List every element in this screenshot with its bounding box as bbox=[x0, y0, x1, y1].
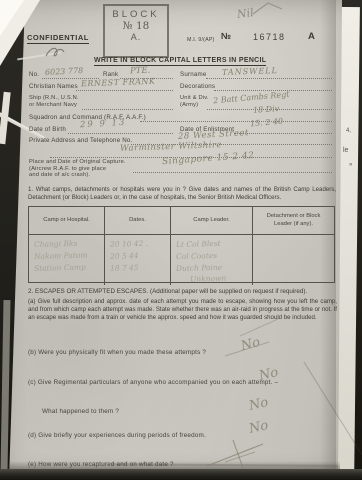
question-2c-followup-text: What happened to them ? bbox=[42, 408, 119, 415]
photo-bottom-edge bbox=[0, 469, 362, 480]
camps-table-col-detachment bbox=[253, 235, 334, 285]
form-reference: M.I. 9/(AP) bbox=[187, 37, 215, 43]
question-2d-text: (d) Give briefly your experiences during… bbox=[28, 432, 206, 439]
confidential-marking: CONFIDENTIAL bbox=[27, 33, 89, 44]
block-stamp-number: № 18 bbox=[105, 20, 167, 32]
block-stamp-letter: A. bbox=[105, 32, 167, 42]
pencil-tick-mark bbox=[252, 0, 286, 16]
field-address-label: Private Address and Telephone No. bbox=[29, 137, 133, 144]
camps-table-col-camp: Changi Bks Nakom Patom Station Camp bbox=[29, 235, 105, 285]
question-1-text: 1. What camps, detachments or hospitals … bbox=[28, 186, 336, 202]
serial-suffix: A bbox=[308, 31, 315, 42]
block-stamp-word: BLOCK bbox=[105, 9, 167, 20]
answer-2e-pencil-scribble bbox=[205, 438, 269, 470]
field-christian-label: Christian Names bbox=[29, 83, 78, 90]
field-rank-label: Rank bbox=[103, 71, 118, 78]
camps-table-header-detachment: Detachment or Block Leader (if any). bbox=[253, 207, 334, 234]
field-decorations-line bbox=[214, 82, 332, 91]
serial-no-label: № bbox=[221, 31, 231, 41]
field-ship-label-1: Ship (R.N., U.S.N. bbox=[29, 95, 79, 101]
camps-table-header-leader: Camp Leader. bbox=[171, 207, 253, 234]
field-no-label: No. bbox=[29, 71, 39, 78]
camps-table-header-camp: Camp or Hospital. bbox=[29, 207, 105, 234]
edge-text-fragment: 4, bbox=[346, 128, 351, 134]
field-unit-label-1: Unit & Div. bbox=[180, 95, 209, 101]
camps-table-col-leader: Lt Col Blest Col Coates Dutch Paine Unkn… bbox=[171, 235, 253, 285]
field-capture-label-1: Place and Date of Original Capture. bbox=[29, 159, 126, 165]
field-capture-label-3: and date of a/c crash). bbox=[29, 172, 90, 178]
edge-text-fragment: le bbox=[343, 147, 348, 154]
question-2c-text: (c) Give Regimental particulars of anyon… bbox=[28, 379, 278, 386]
answer-2b-flourish bbox=[225, 340, 271, 358]
block-stamp: BLOCK № 18 A. bbox=[103, 4, 169, 58]
serial-number: 16718 bbox=[253, 32, 286, 42]
question-2b-text: (b) Were you physically fit when you mad… bbox=[28, 349, 206, 356]
leader-entry: Unknown bbox=[176, 272, 252, 286]
instruction-heading: WRITE IN BLOCK CAPITAL LETTERS IN PENCIL bbox=[94, 57, 266, 66]
camps-table-header-row: Camp or Hospital. Dates. Camp Leader. De… bbox=[29, 207, 334, 235]
field-unit-label-2: (Army) bbox=[180, 102, 198, 108]
field-ship-label-2: or Merchant Navy bbox=[29, 102, 77, 108]
field-ship-line bbox=[82, 101, 173, 110]
scanned-form-photo: BLOCK № 18 A. CONFIDENTIAL M.I. 9/(AP) №… bbox=[0, 0, 362, 480]
question-2a-text: (a) Give full description and approx. da… bbox=[28, 298, 337, 321]
camps-table-body: Changi Bks Nakom Patom Station Camp 20 1… bbox=[29, 235, 334, 285]
camp-entry: Station Camp bbox=[34, 261, 104, 275]
field-surname-label: Surname bbox=[180, 71, 207, 78]
field-squadron-line bbox=[140, 113, 332, 122]
pencil-scribble bbox=[44, 44, 66, 60]
camps-table: Camp or Hospital. Dates. Camp Leader. De… bbox=[28, 206, 335, 283]
date-entry: 20 5 44 bbox=[110, 249, 170, 262]
answer-2d: No bbox=[248, 418, 270, 437]
camps-table-header-dates: Dates. bbox=[105, 207, 171, 234]
date-entry: 18 7 45 bbox=[110, 261, 170, 274]
camps-table-col-dates: 20 10 42 . 20 5 44 18 7 45 bbox=[105, 235, 171, 285]
question-2e-text: (e) How were you recaptured and on what … bbox=[28, 461, 174, 468]
field-rank-value: PTE. bbox=[130, 66, 151, 77]
field-decorations-label: Decorations bbox=[180, 83, 215, 90]
question-2-heading: 2. ESCAPES OR ATTEMPTED ESCAPES. (Additi… bbox=[28, 288, 337, 296]
field-dob-label: Date of Birth bbox=[29, 126, 66, 133]
answer-2c-followup: No bbox=[248, 395, 270, 414]
edge-text-fragment: » bbox=[349, 162, 352, 168]
